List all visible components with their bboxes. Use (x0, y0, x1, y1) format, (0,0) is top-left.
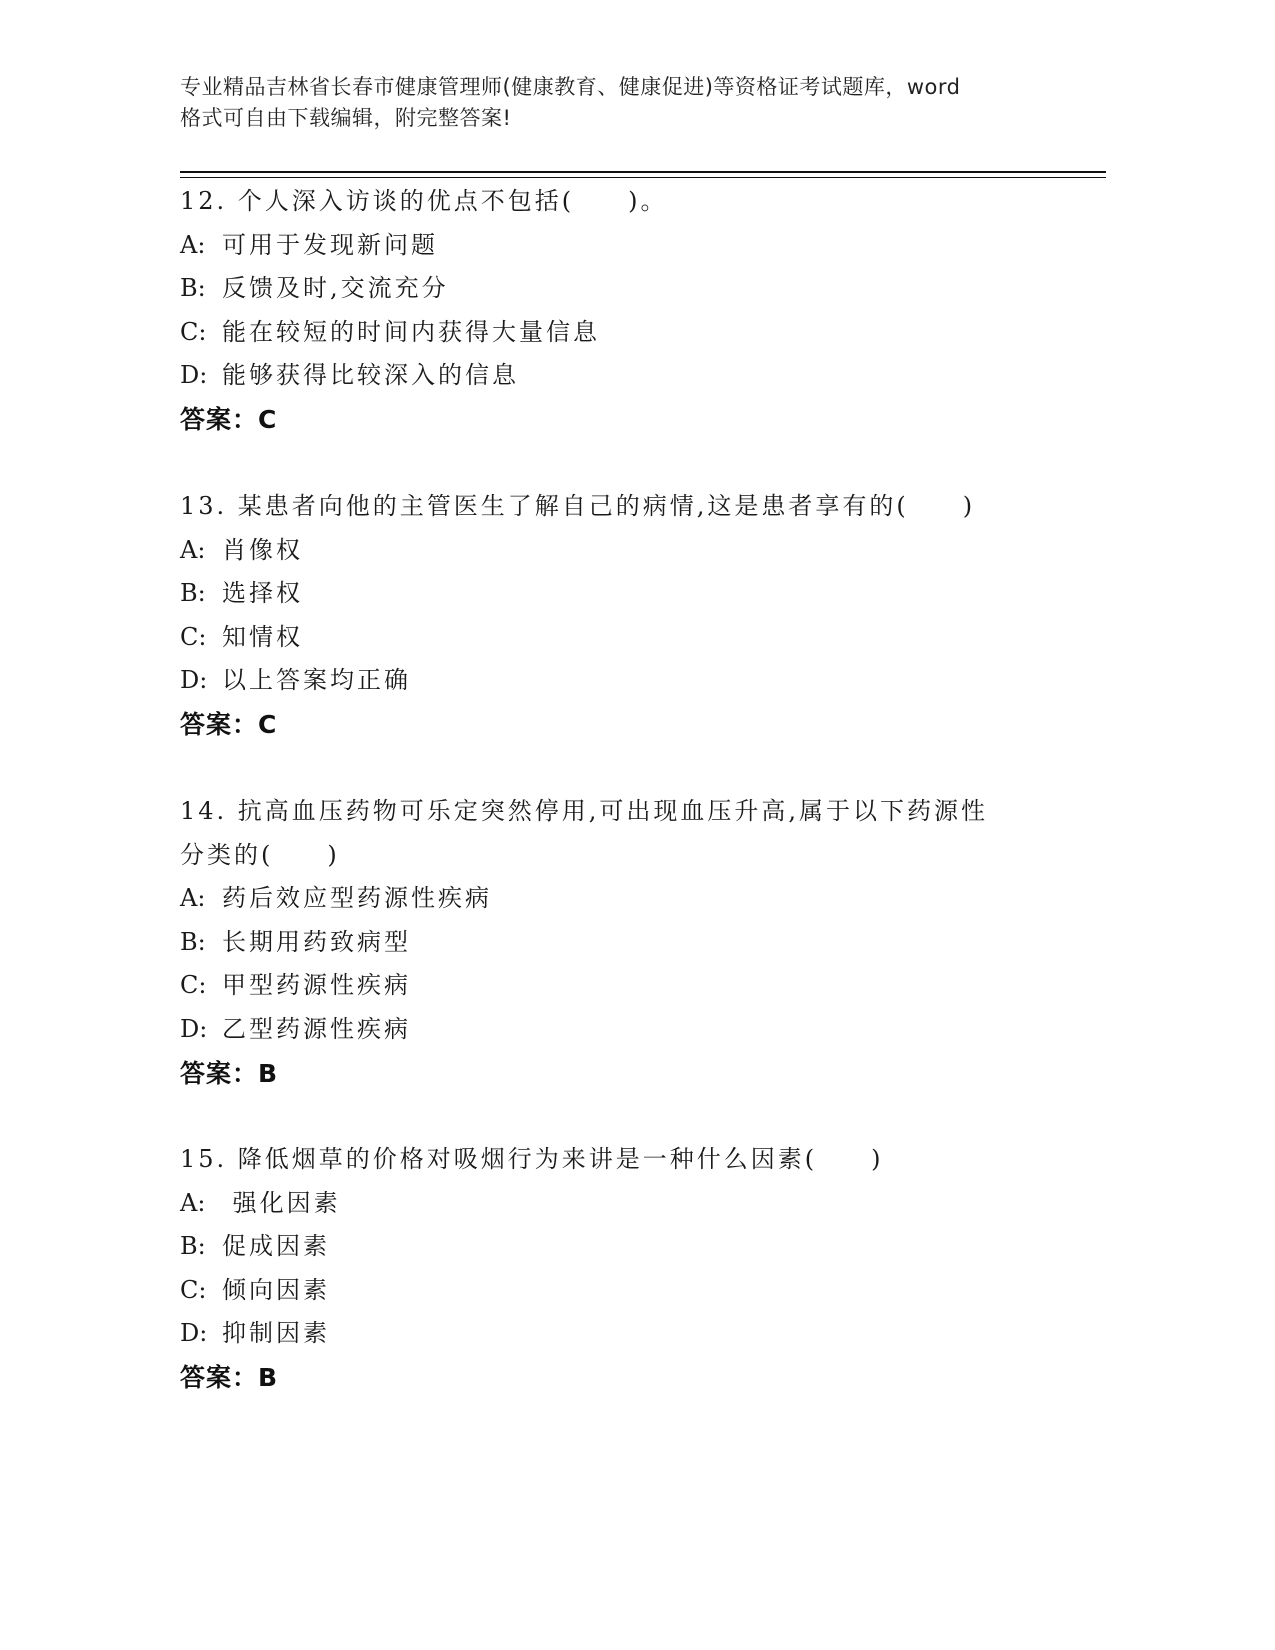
option-letter: D: (180, 659, 222, 703)
option-c: C:知情权 (180, 616, 1060, 660)
option-text: 能在较短的时间内获得大量信息 (222, 318, 600, 346)
option-letter: B: (180, 267, 222, 311)
answer-label: 答案：B (180, 1356, 1060, 1400)
answer-label: 答案：B (180, 1052, 1060, 1096)
option-letter: B: (180, 921, 222, 965)
option-b: B:反馈及时,交流充分 (180, 267, 1060, 311)
question-stem-line-2: 分类的( ) (180, 834, 1060, 878)
option-letter: C: (180, 964, 222, 1008)
question-stem-line-1: 14. 抗高血压药物可乐定突然停用,可出现血压升高,属于以下药源性 (180, 790, 1060, 834)
option-text: 以上答案均正确 (222, 666, 411, 694)
option-d: D:以上答案均正确 (180, 659, 1060, 703)
option-a: A:肖像权 (180, 529, 1060, 573)
option-c: C:甲型药源性疾病 (180, 964, 1060, 1008)
question-13: 13. 某患者向他的主管医生了解自己的病情,这是患者享有的( ) A:肖像权 B… (180, 485, 1060, 747)
option-a: A: 强化因素 (180, 1182, 1060, 1226)
option-text: 知情权 (222, 623, 303, 651)
option-letter: D: (180, 354, 222, 398)
option-text: 倾向因素 (222, 1276, 330, 1304)
option-d: D:能够获得比较深入的信息 (180, 354, 1060, 398)
option-letter: A: (180, 1182, 222, 1226)
header-divider-thin (180, 177, 1106, 178)
option-text: 乙型药源性疾病 (222, 1015, 411, 1043)
option-c: C:能在较短的时间内获得大量信息 (180, 311, 1060, 355)
option-letter: D: (180, 1312, 222, 1356)
document-header: 专业精品吉林省长春市健康管理师(健康教育、健康促进)等资格证考试题库，word … (180, 72, 1060, 134)
option-text: 药后效应型药源性疾病 (222, 884, 492, 912)
option-letter: C: (180, 1269, 222, 1313)
option-letter: B: (180, 572, 222, 616)
option-text: 促成因素 (222, 1232, 330, 1260)
question-12: 12. 个人深入访谈的优点不包括( )。 A:可用于发现新问题 B:反馈及时,交… (180, 180, 1060, 442)
header-divider-thick (180, 171, 1106, 173)
option-letter: C: (180, 311, 222, 355)
option-text: 选择权 (222, 579, 303, 607)
question-stem: 13. 某患者向他的主管医生了解自己的病情,这是患者享有的( ) (180, 485, 1060, 529)
option-d: D:抑制因素 (180, 1312, 1060, 1356)
header-line-1: 专业精品吉林省长春市健康管理师(健康教育、健康促进)等资格证考试题库，word (180, 72, 1060, 103)
option-text: 反馈及时,交流充分 (222, 274, 449, 302)
question-stem: 15. 降低烟草的价格对吸烟行为来讲是一种什么因素( ) (180, 1138, 1060, 1182)
option-text: 强化因素 (222, 1189, 341, 1217)
option-text: 甲型药源性疾病 (222, 971, 411, 999)
option-text: 抑制因素 (222, 1319, 330, 1347)
option-b: B:长期用药致病型 (180, 921, 1060, 965)
answer-label: 答案：C (180, 398, 1060, 442)
option-b: B:促成因素 (180, 1225, 1060, 1269)
option-text: 可用于发现新问题 (222, 231, 438, 259)
question-stem: 12. 个人深入访谈的优点不包括( )。 (180, 180, 1060, 224)
option-text: 长期用药致病型 (222, 928, 411, 956)
option-text: 能够获得比较深入的信息 (222, 361, 519, 389)
option-letter: D: (180, 1008, 222, 1052)
question-14: 14. 抗高血压药物可乐定突然停用,可出现血压升高,属于以下药源性 分类的( )… (180, 790, 1060, 1095)
option-letter: B: (180, 1225, 222, 1269)
option-a: A:药后效应型药源性疾病 (180, 877, 1060, 921)
option-letter: A: (180, 877, 222, 921)
option-d: D:乙型药源性疾病 (180, 1008, 1060, 1052)
option-letter: A: (180, 529, 222, 573)
option-text: 肖像权 (222, 536, 303, 564)
option-b: B:选择权 (180, 572, 1060, 616)
option-letter: C: (180, 616, 222, 660)
option-a: A:可用于发现新问题 (180, 224, 1060, 268)
answer-label: 答案：C (180, 703, 1060, 747)
question-15: 15. 降低烟草的价格对吸烟行为来讲是一种什么因素( ) A: 强化因素 B:促… (180, 1138, 1060, 1400)
option-c: C:倾向因素 (180, 1269, 1060, 1313)
option-letter: A: (180, 224, 222, 268)
header-line-2: 格式可自由下载编辑，附完整答案! (180, 103, 1060, 134)
